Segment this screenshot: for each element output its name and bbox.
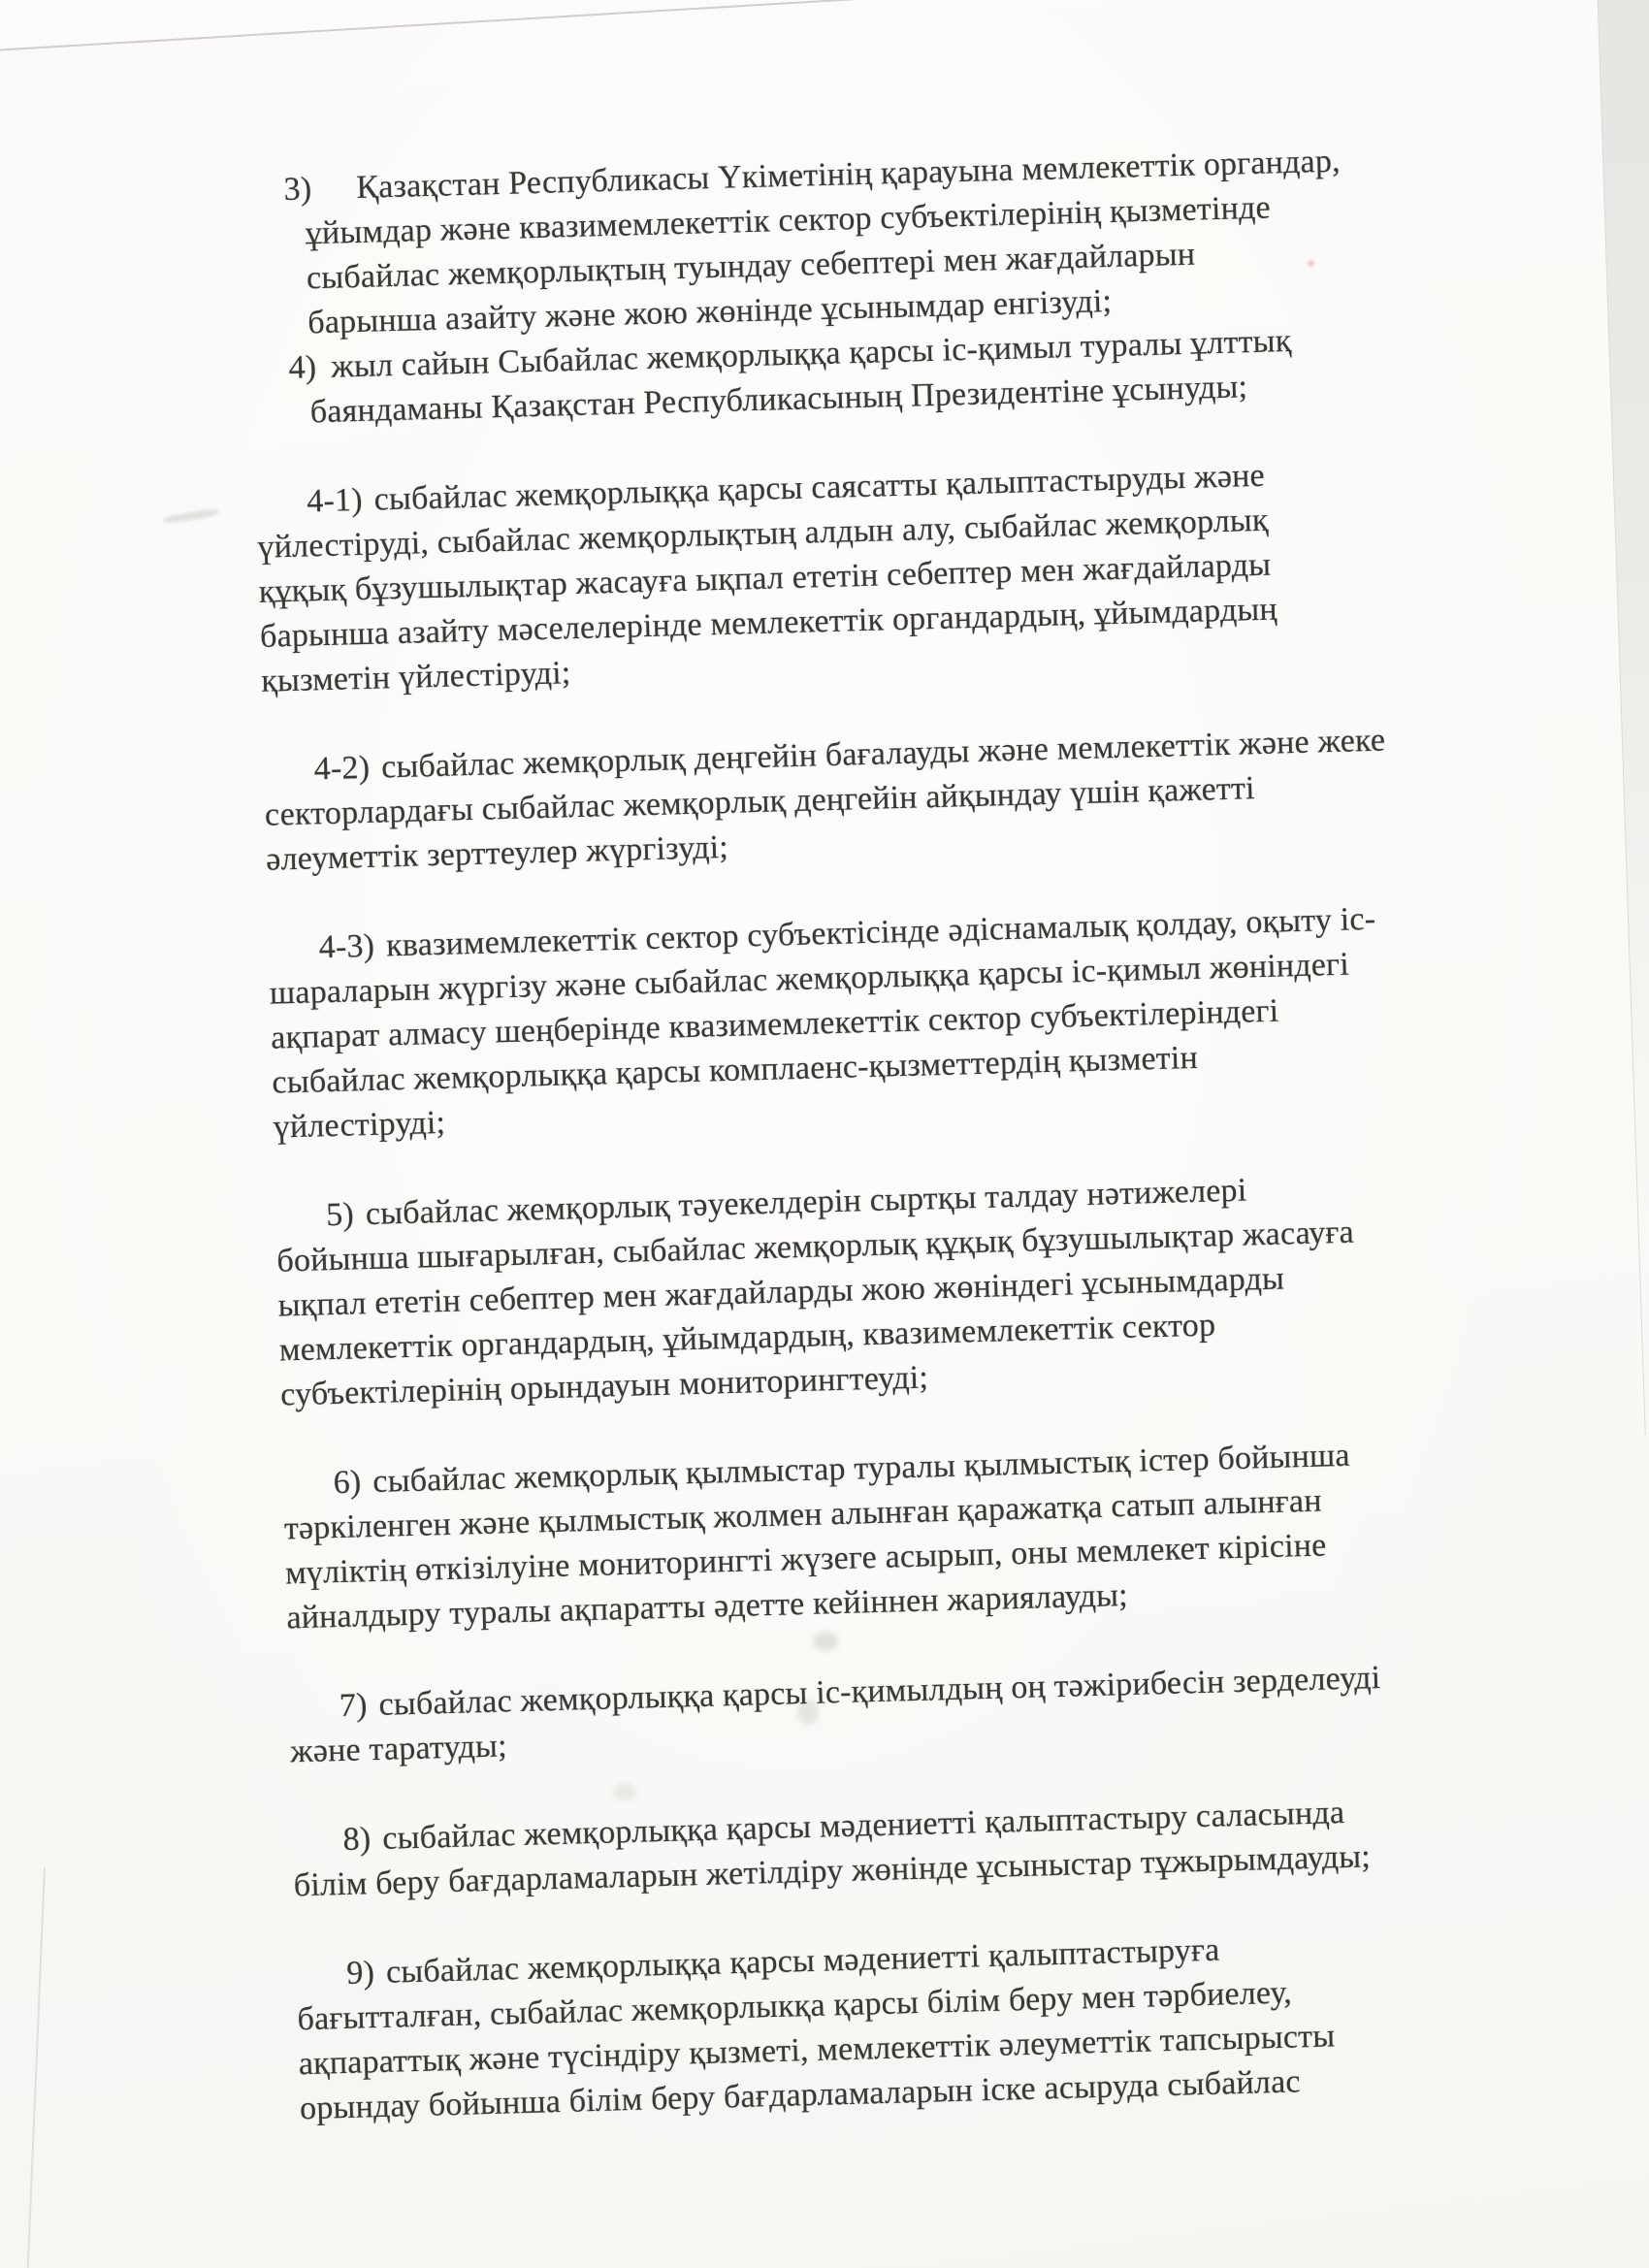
clause-4-1: 4-1)сыбайлас жемқорлыққа қарсы саясатты … [256, 445, 1581, 704]
clause-number: 9) [346, 1955, 375, 1992]
clause-number: 5) [326, 1196, 355, 1233]
clause-number: 4-2) [313, 750, 370, 788]
clause-9: 9)сыбайлас жемқорлыққа қарсы мәдениетті … [296, 1918, 1619, 2132]
clause-number: 3) [283, 171, 312, 208]
clause-5: 5)сыбайлас жемқорлық тәуекелдерін сыртқы… [275, 1159, 1600, 1418]
clause-number: 4) [288, 349, 317, 386]
paper-left-edge [26, 1867, 46, 2268]
clause-number: 7) [339, 1687, 368, 1724]
clause-4-2: 4-2)сыбайлас жемқорлық деңгейін бағалауд… [263, 713, 1585, 883]
clause-7: 7)сыбайлас жемқорлыққа қарсы іс-қимылдың… [288, 1650, 1609, 1775]
paper-top-edge [0, 0, 921, 51]
clause-3: 3)Қазақстан Республикасы Үкіметінің қара… [247, 133, 1570, 347]
clause-number: 4-1) [307, 482, 363, 520]
clause-8: 8)сыбайлас жемқорлыққа қарсы мәдениетті … [292, 1784, 1613, 1909]
document-text: 3)Қазақстан Республикасы Үкіметінің қара… [247, 133, 1619, 2131]
clause-number: 6) [333, 1464, 362, 1501]
clause-number: 4-3) [318, 928, 374, 966]
clause-number: 8) [342, 1821, 372, 1858]
clause-4-3: 4-3)квазимемлекеттік сектор субъектісінд… [268, 891, 1593, 1150]
clause-6: 6)сыбайлас жемқорлық қылмыстар туралы қы… [282, 1427, 1605, 1641]
paper-right-edge [1597, 0, 1649, 1435]
scan-smudge [163, 508, 220, 525]
